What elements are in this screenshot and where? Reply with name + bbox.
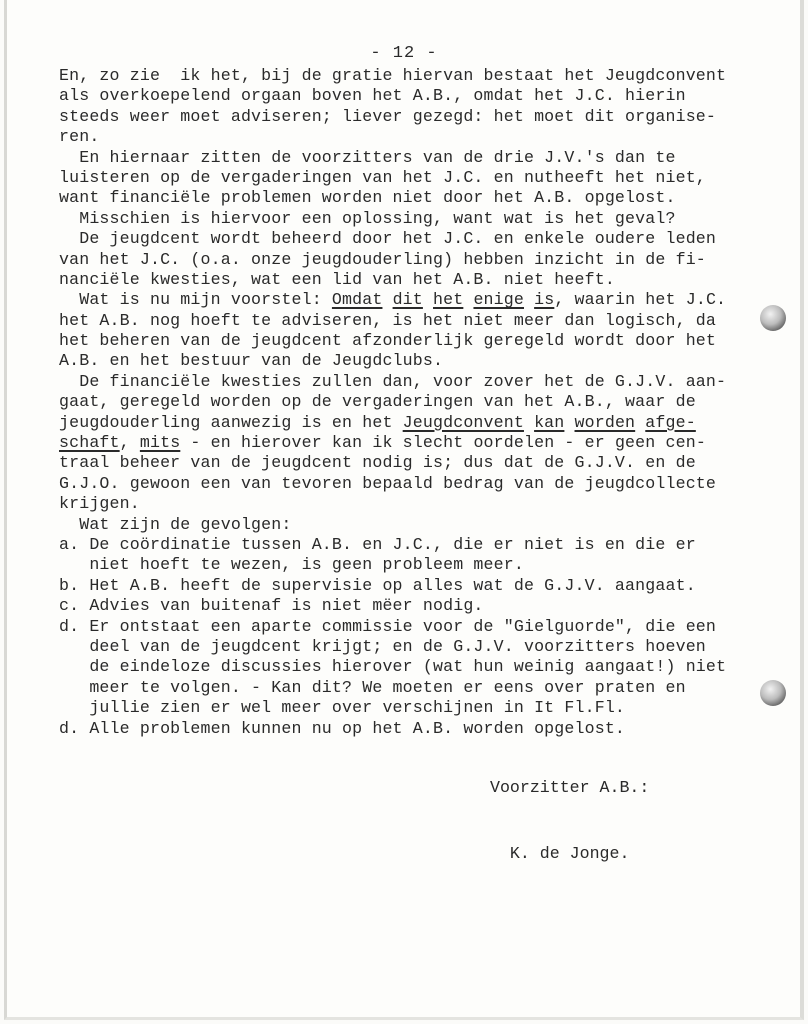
text-segment: b. Het A.B. heeft de supervisie op alles… (59, 576, 696, 595)
signature-block: Voorzitter A.B.: K. de Jonge. (490, 733, 649, 887)
text-segment: luisteren op de vergaderingen van het J.… (59, 168, 706, 187)
text-segment: meer te volgen. - Kan dit? We moeten er … (59, 678, 686, 697)
text-segment: krijgen. (59, 494, 140, 513)
signature-name: K. de Jonge. (490, 843, 649, 865)
underlined-text: Omdat (332, 290, 383, 309)
text-segment (423, 290, 433, 309)
text-line: schaft, mits - en hierover kan ik slecht… (59, 433, 779, 453)
text-line: En hiernaar zitten de voorzitters van de… (59, 148, 779, 168)
text-segment: steeds weer moet adviseren; liever gezeg… (59, 107, 716, 126)
text-segment: van het J.C. (o.a. onze jeugdouderling) … (59, 250, 706, 269)
text-segment (382, 290, 392, 309)
text-segment: Wat zijn de gevolgen: (59, 515, 291, 534)
signature-title: Voorzitter A.B.: (490, 777, 649, 799)
text-segment: deel van de jeugdcent krijgt; en de G.J.… (59, 637, 706, 656)
text-line: a. De coördinatie tussen A.B. en J.C., d… (59, 535, 779, 555)
text-segment: het A.B. nog hoeft te adviseren, is het … (59, 311, 716, 330)
text-segment: a. De coördinatie tussen A.B. en J.C., d… (59, 535, 696, 554)
text-segment: En hiernaar zitten de voorzitters van de… (59, 148, 676, 167)
text-line: want financiële problemen worden niet do… (59, 188, 779, 208)
text-segment: En, zo zie ik het, bij de gratie hiervan… (59, 66, 726, 85)
text-segment: jeugdouderling aanwezig is en het (59, 413, 403, 432)
underlined-text: afge- (645, 413, 696, 432)
document-body: En, zo zie ik het, bij de gratie hiervan… (59, 66, 779, 739)
text-line: ren. (59, 127, 779, 147)
text-line: De jeugdcent wordt beheerd door het J.C.… (59, 229, 779, 249)
text-segment (524, 290, 534, 309)
text-segment: c. Advies van buitenaf is niet mëer nodi… (59, 596, 484, 615)
text-segment: niet hoeft te wezen, is geen probleem me… (59, 555, 524, 574)
page-number: - 12 - (0, 44, 808, 63)
text-line: luisteren op de vergaderingen van het J.… (59, 168, 779, 188)
text-line: En, zo zie ik het, bij de gratie hiervan… (59, 66, 779, 86)
text-line: Wat zijn de gevolgen: (59, 515, 779, 535)
text-line: gaat, geregeld worden op de vergaderinge… (59, 392, 779, 412)
text-segment: de eindeloze discussies hierover (wat hu… (59, 657, 726, 676)
underlined-text: dit (393, 290, 423, 309)
text-line: als overkoepelend orgaan boven het A.B.,… (59, 86, 779, 106)
text-line: de eindeloze discussies hierover (wat hu… (59, 657, 779, 677)
text-line: c. Advies van buitenaf is niet mëer nodi… (59, 596, 779, 616)
text-segment: nanciële kwesties, wat een lid van het A… (59, 270, 615, 289)
text-line: krijgen. (59, 494, 779, 514)
text-line: het beheren van de jeugdcent afzonderlij… (59, 331, 779, 351)
text-line: d. Alle problemen kunnen nu op het A.B. … (59, 719, 779, 739)
text-segment: De financiële kwesties zullen dan, voor … (59, 372, 726, 391)
underlined-text: het (433, 290, 463, 309)
text-segment (463, 290, 473, 309)
underlined-text: kan (534, 413, 564, 432)
text-line: jullie zien er wel meer over verschijnen… (59, 698, 779, 718)
text-segment: , waarin het J.C. (554, 290, 726, 309)
underlined-text: worden (575, 413, 636, 432)
text-segment: jullie zien er wel meer over verschijnen… (59, 698, 625, 717)
text-segment: d. Er ontstaat een aparte commissie voor… (59, 617, 716, 636)
underlined-text: enige (473, 290, 524, 309)
text-segment: ren. (59, 127, 99, 146)
text-line: van het J.C. (o.a. onze jeugdouderling) … (59, 250, 779, 270)
text-line: A.B. en het bestuur van de Jeugdclubs. (59, 351, 779, 371)
text-segment: Misschien is hiervoor een oplossing, wan… (59, 209, 676, 228)
text-segment: A.B. en het bestuur van de Jeugdclubs. (59, 351, 443, 370)
text-line: d. Er ontstaat een aparte commissie voor… (59, 617, 779, 637)
text-line: traal beheer van de jeugdcent nodig is; … (59, 453, 779, 473)
text-line: het A.B. nog hoeft te adviseren, is het … (59, 311, 779, 331)
underlined-text: Jeugdconvent (403, 413, 524, 432)
text-line: Wat is nu mijn voorstel: Omdat dit het e… (59, 290, 779, 310)
underlined-text: is (534, 290, 554, 309)
text-line: meer te volgen. - Kan dit? We moeten er … (59, 678, 779, 698)
text-line: jeugdouderling aanwezig is en het Jeugdc… (59, 413, 779, 433)
text-line: b. Het A.B. heeft de supervisie op alles… (59, 576, 779, 596)
text-line: Misschien is hiervoor een oplossing, wan… (59, 209, 779, 229)
text-line: De financiële kwesties zullen dan, voor … (59, 372, 779, 392)
text-line: steeds weer moet adviseren; liever gezeg… (59, 107, 779, 127)
text-segment: want financiële problemen worden niet do… (59, 188, 676, 207)
underlined-text: mits (140, 433, 180, 452)
text-segment: - en hierover kan ik slecht oordelen - e… (180, 433, 706, 452)
text-line: niet hoeft te wezen, is geen probleem me… (59, 555, 779, 575)
text-segment: G.J.O. gewoon een van tevoren bepaald be… (59, 474, 716, 493)
text-segment: De jeugdcent wordt beheerd door het J.C.… (59, 229, 716, 248)
text-line: G.J.O. gewoon een van tevoren bepaald be… (59, 474, 779, 494)
text-line: nanciële kwesties, wat een lid van het A… (59, 270, 779, 290)
underlined-text: schaft (59, 433, 120, 452)
text-segment: traal beheer van de jeugdcent nodig is; … (59, 453, 696, 472)
text-segment (635, 413, 645, 432)
text-segment: als overkoepelend orgaan boven het A.B.,… (59, 86, 686, 105)
text-segment: gaat, geregeld worden op de vergaderinge… (59, 392, 696, 411)
text-segment: Wat is nu mijn voorstel: (59, 290, 332, 309)
text-segment (524, 413, 534, 432)
text-segment: het beheren van de jeugdcent afzonderlij… (59, 331, 716, 350)
text-segment (564, 413, 574, 432)
text-line: deel van de jeugdcent krijgt; en de G.J.… (59, 637, 779, 657)
text-segment: , (120, 433, 140, 452)
